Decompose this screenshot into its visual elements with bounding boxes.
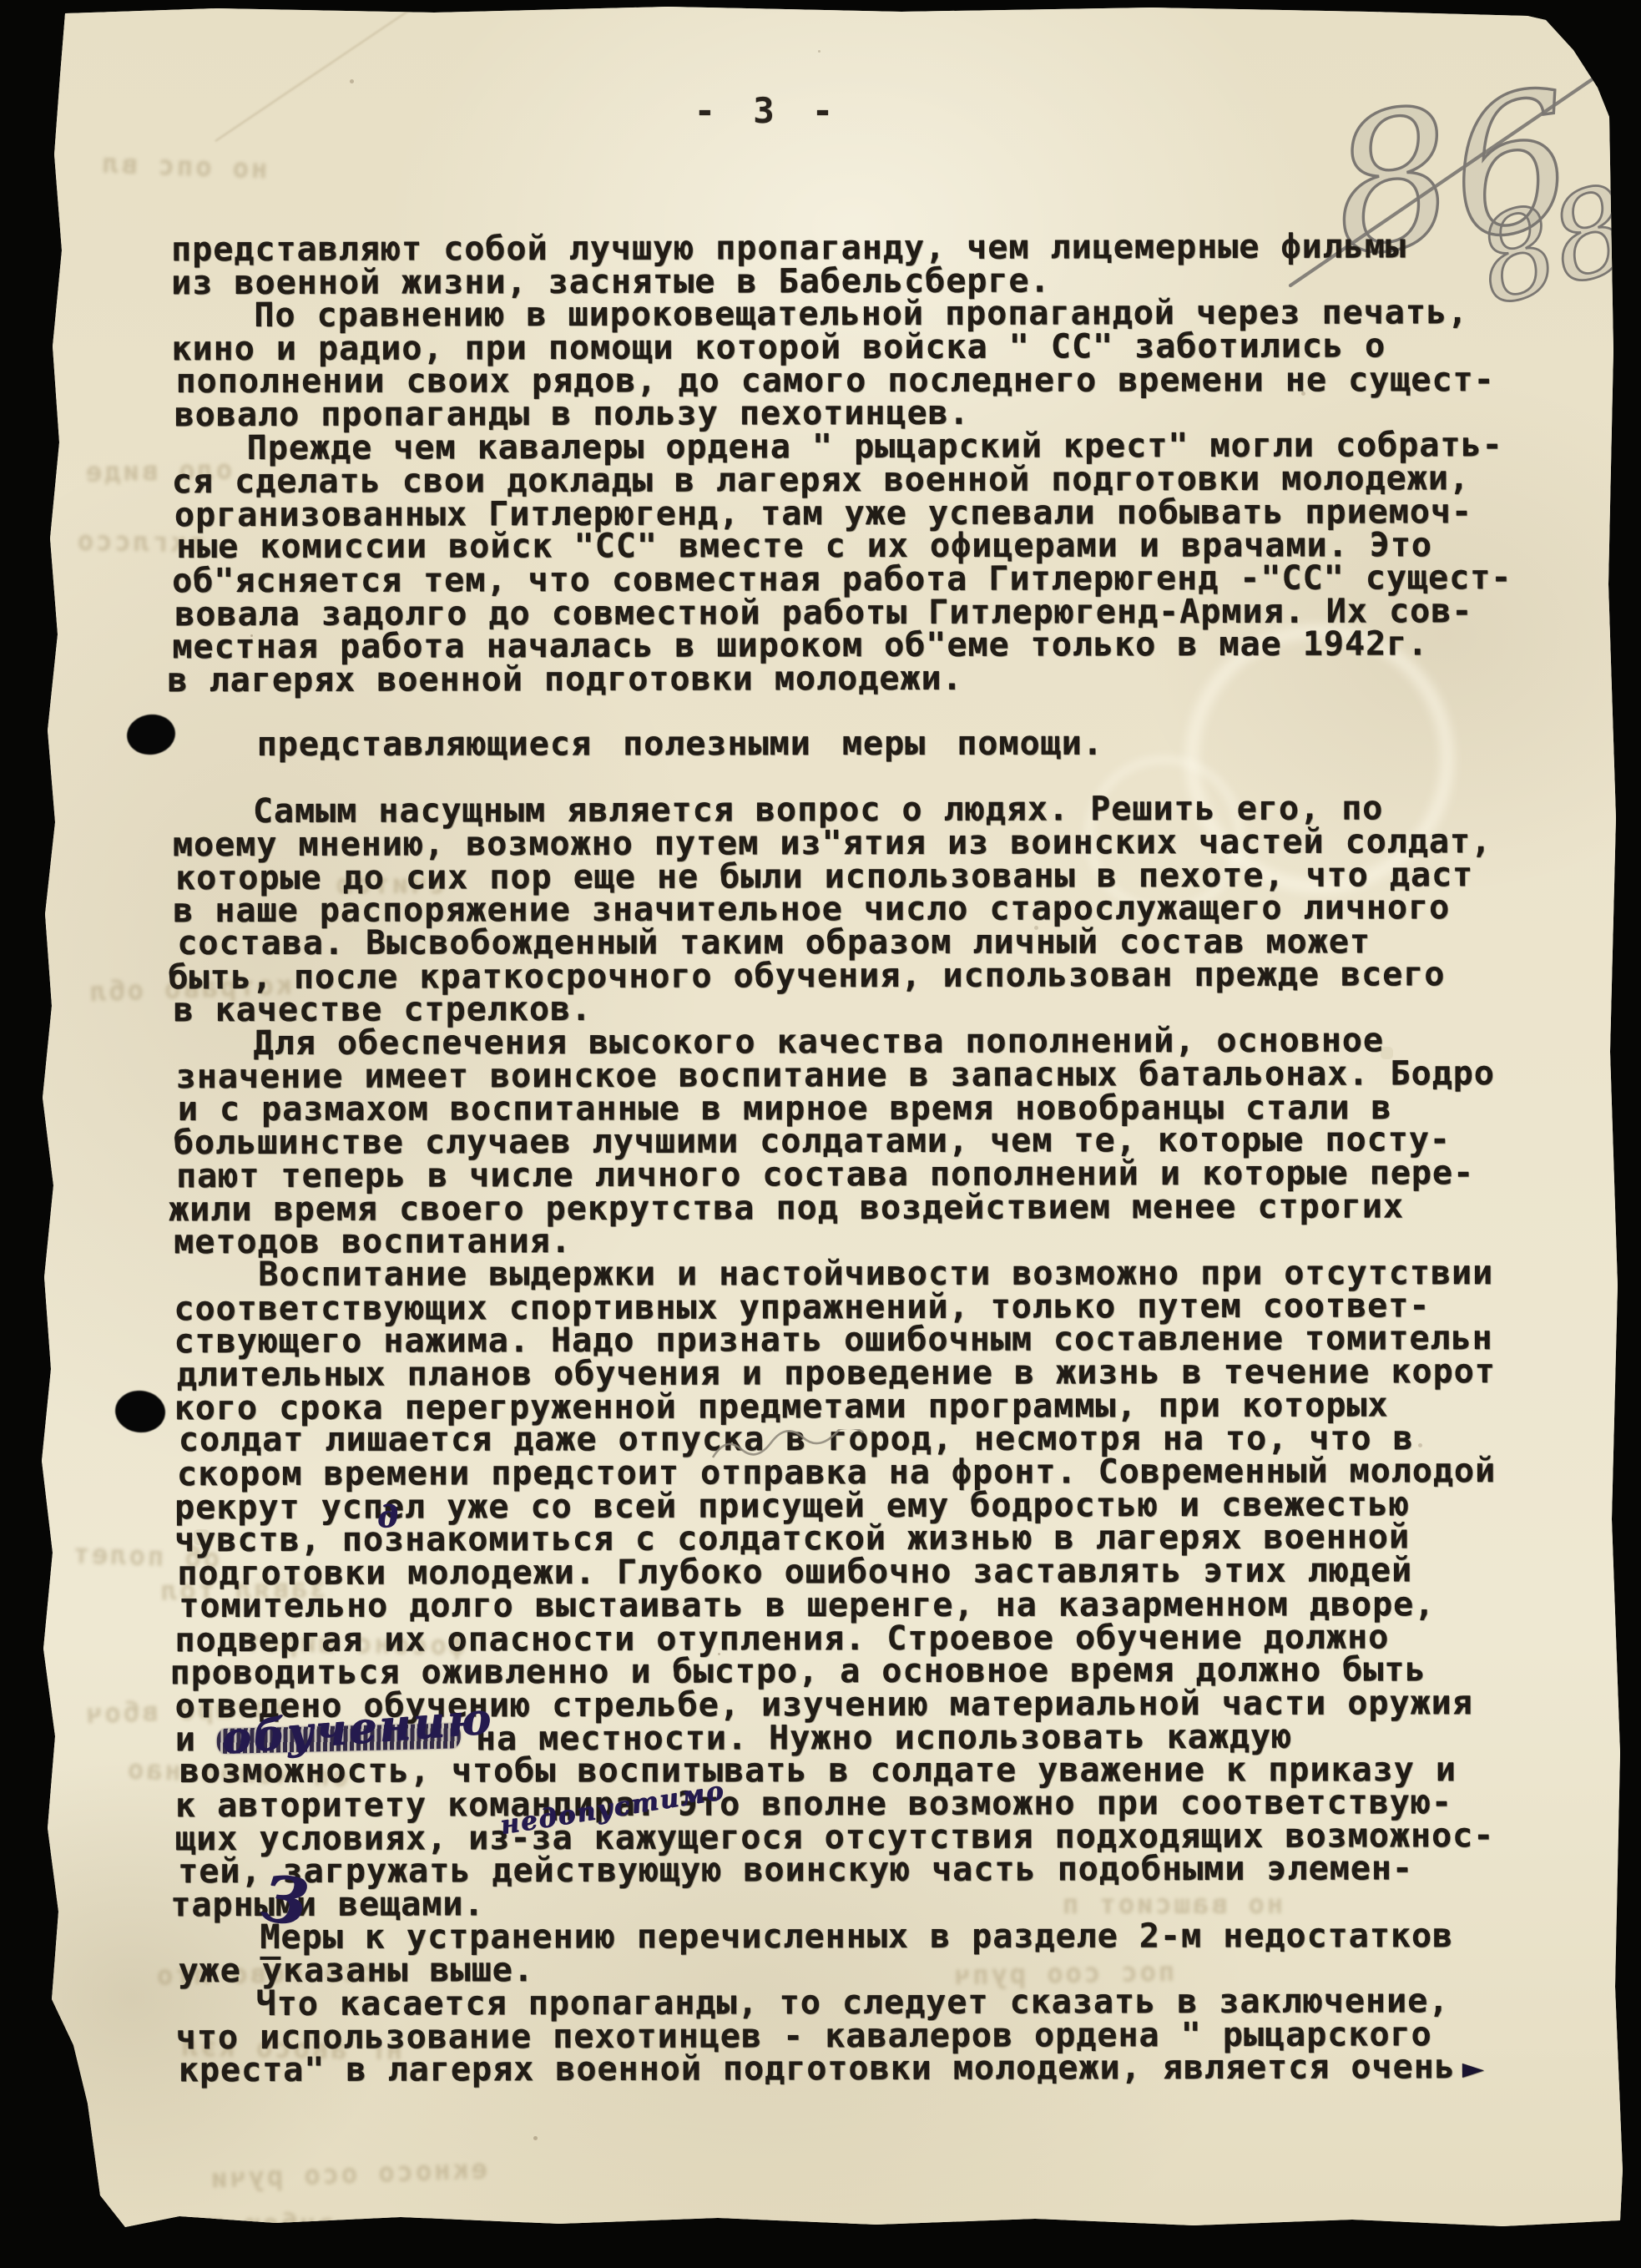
page-number: - 3 -: [643, 90, 893, 131]
typed-line: уже указаны выше.: [178, 1952, 1607, 1988]
typed-line: По сравнению в широковещательной пропага…: [174, 296, 1603, 333]
typed-line: длительных планов обучения и проведение …: [177, 1356, 1606, 1392]
typed-line: проводиться оживленно и быстро, а основн…: [170, 1654, 1599, 1690]
typed-line: жили время своего рекрутства под воздейс…: [169, 1190, 1598, 1226]
typed-line: Прежде чем кавалеры ордена " рыцарский к…: [167, 429, 1596, 466]
ink-strike-scribble: обучению: [217, 1723, 461, 1754]
hole-punch-top: [124, 711, 178, 758]
typed-line: Меры к устранению перечисленных в раздел…: [179, 1920, 1608, 1955]
paper-stains: [0, 0, 3, 3]
paper-crease: [215, 0, 478, 142]
typed-line: пополнении своих рядов, до самого послед…: [176, 364, 1605, 399]
paper-page: но опс влоло видеткглссокотраво облсчито…: [0, 0, 1641, 2268]
typed-line: Воспитание выдержки и настойчивости возм…: [178, 1257, 1607, 1292]
typed-line: вовала задолго до совместной работы Гитл…: [174, 594, 1603, 631]
typed-line: ные комиссии войск "СС" вместе с их офиц…: [176, 529, 1605, 564]
bleedthrough-fragment: знбою шоо: [167, 2208, 334, 2240]
ink-handwriting-capital-z: З: [258, 1861, 311, 1939]
hole-punch-bottom: [114, 1388, 168, 1435]
ink-handwriting-letter-d: д: [376, 1498, 400, 1535]
typed-line: и с размахом воспитанные в мирное время …: [178, 1091, 1607, 1126]
bleedthrough-fragment: екносо осо ручи: [208, 2153, 487, 2195]
section-heading: представляющиеся полезными меры помощи.: [177, 727, 1606, 762]
typed-line: тей, загружать действующую воинскую част…: [178, 1852, 1607, 1889]
typed-line: которые до сих пор еще не были использов…: [175, 858, 1604, 895]
document-scan: { "scan": { "page_number": "- 3 -", "pen…: [0, 0, 1641, 2268]
ink-handwriting-word: обучению: [221, 1701, 494, 1755]
typed-line: быть, после краткосрочного обучения, исп…: [168, 958, 1597, 995]
bleedthrough-fragment: но опс вл: [99, 148, 268, 185]
typed-line: креста" в лагерях военной подготовки мол…: [179, 2051, 1608, 2088]
typed-line: возможность, чтобы воспитывать в солдате…: [179, 1754, 1608, 1789]
ink-end-mark: ►: [1462, 2053, 1485, 2086]
typed-line: томительно долго выстаивать в шеренге, н…: [179, 1589, 1608, 1624]
typed-text-block: представляют собой лучшую пропаганду, че…: [171, 230, 1605, 2089]
typed-line: скором времени предстоит отправка на фро…: [177, 1455, 1606, 1492]
typed-line: в лагерях военной подготовки молодежи.: [167, 661, 1596, 698]
pencil-squiggle: [706, 1429, 890, 1466]
